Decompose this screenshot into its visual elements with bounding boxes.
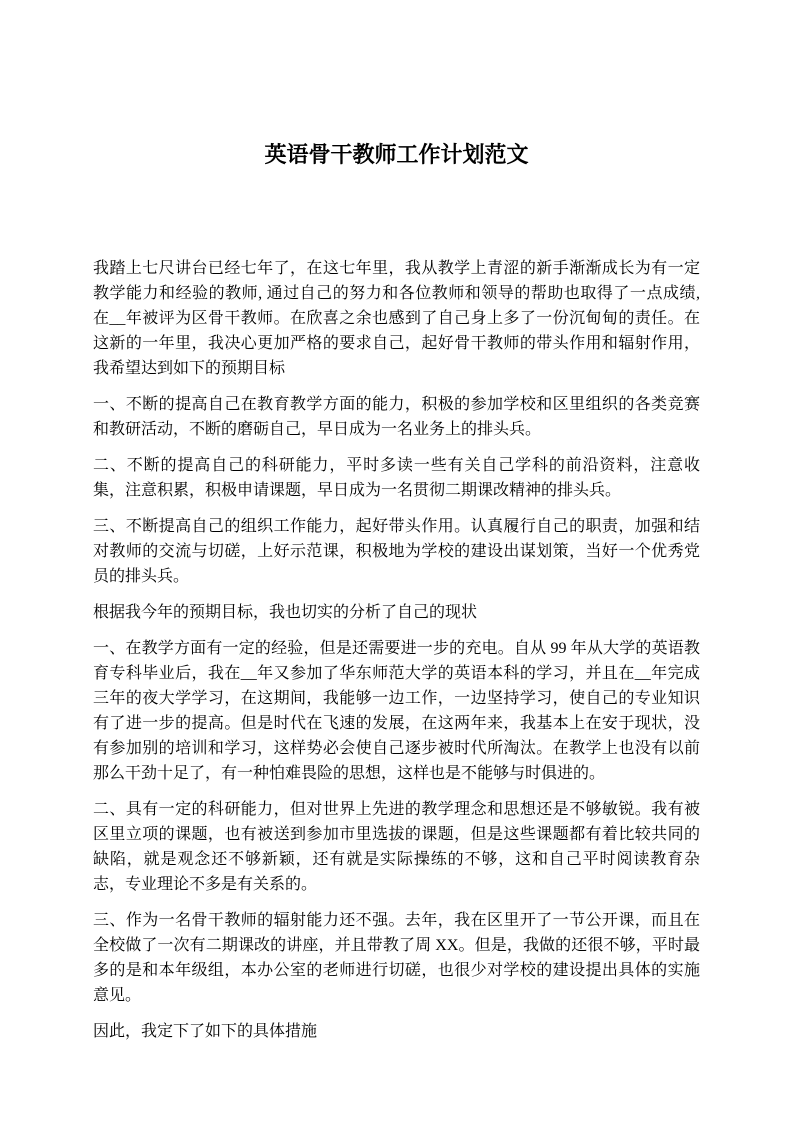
document-body: 我踏上七尺讲台已经七年了，在这七年里，我从教学上青涩的新手渐渐成长为有一定教学能…: [93, 256, 700, 1044]
paragraph-goal-3: 三、不断提高自己的组织工作能力，起好带头作用。认真履行自己的职责，加强和结对教师…: [93, 514, 700, 589]
paragraph-intro: 我踏上七尺讲台已经七年了，在这七年里，我从教学上青涩的新手渐渐成长为有一定教学能…: [93, 256, 700, 381]
paragraph-measures-lead: 因此，我定下了如下的具体措施: [93, 1019, 700, 1044]
paragraph-goal-2: 二、不断的提高自己的科研能力，平时多读一些有关自己学科的前沿资料，注意收集，注意…: [93, 453, 700, 503]
document-page: 英语骨干教师工作计划范文 我踏上七尺讲台已经七年了，在这七年里，我从教学上青涩的…: [0, 0, 793, 1122]
paragraph-status-2: 二、具有一定的科研能力，但对世界上先进的教学理念和思想还是不够敏锐。我有被区里立…: [93, 797, 700, 897]
paragraph-status-1: 一、在教学方面有一定的经验，但是还需要进一步的充电。自从 99 年从大学的英语教…: [93, 636, 700, 786]
paragraph-status-lead: 根据我今年的预期目标，我也切实的分析了自己的现状: [93, 600, 700, 625]
document-title: 英语骨干教师工作计划范文: [93, 140, 700, 170]
paragraph-status-3: 三、作为一名骨干教师的辐射能力还不强。去年，我在区里开了一节公开课，而且在全校做…: [93, 908, 700, 1008]
paragraph-goal-1: 一、不断的提高自己在教育教学方面的能力，积极的参加学校和区里组织的各类竞赛和教研…: [93, 392, 700, 442]
